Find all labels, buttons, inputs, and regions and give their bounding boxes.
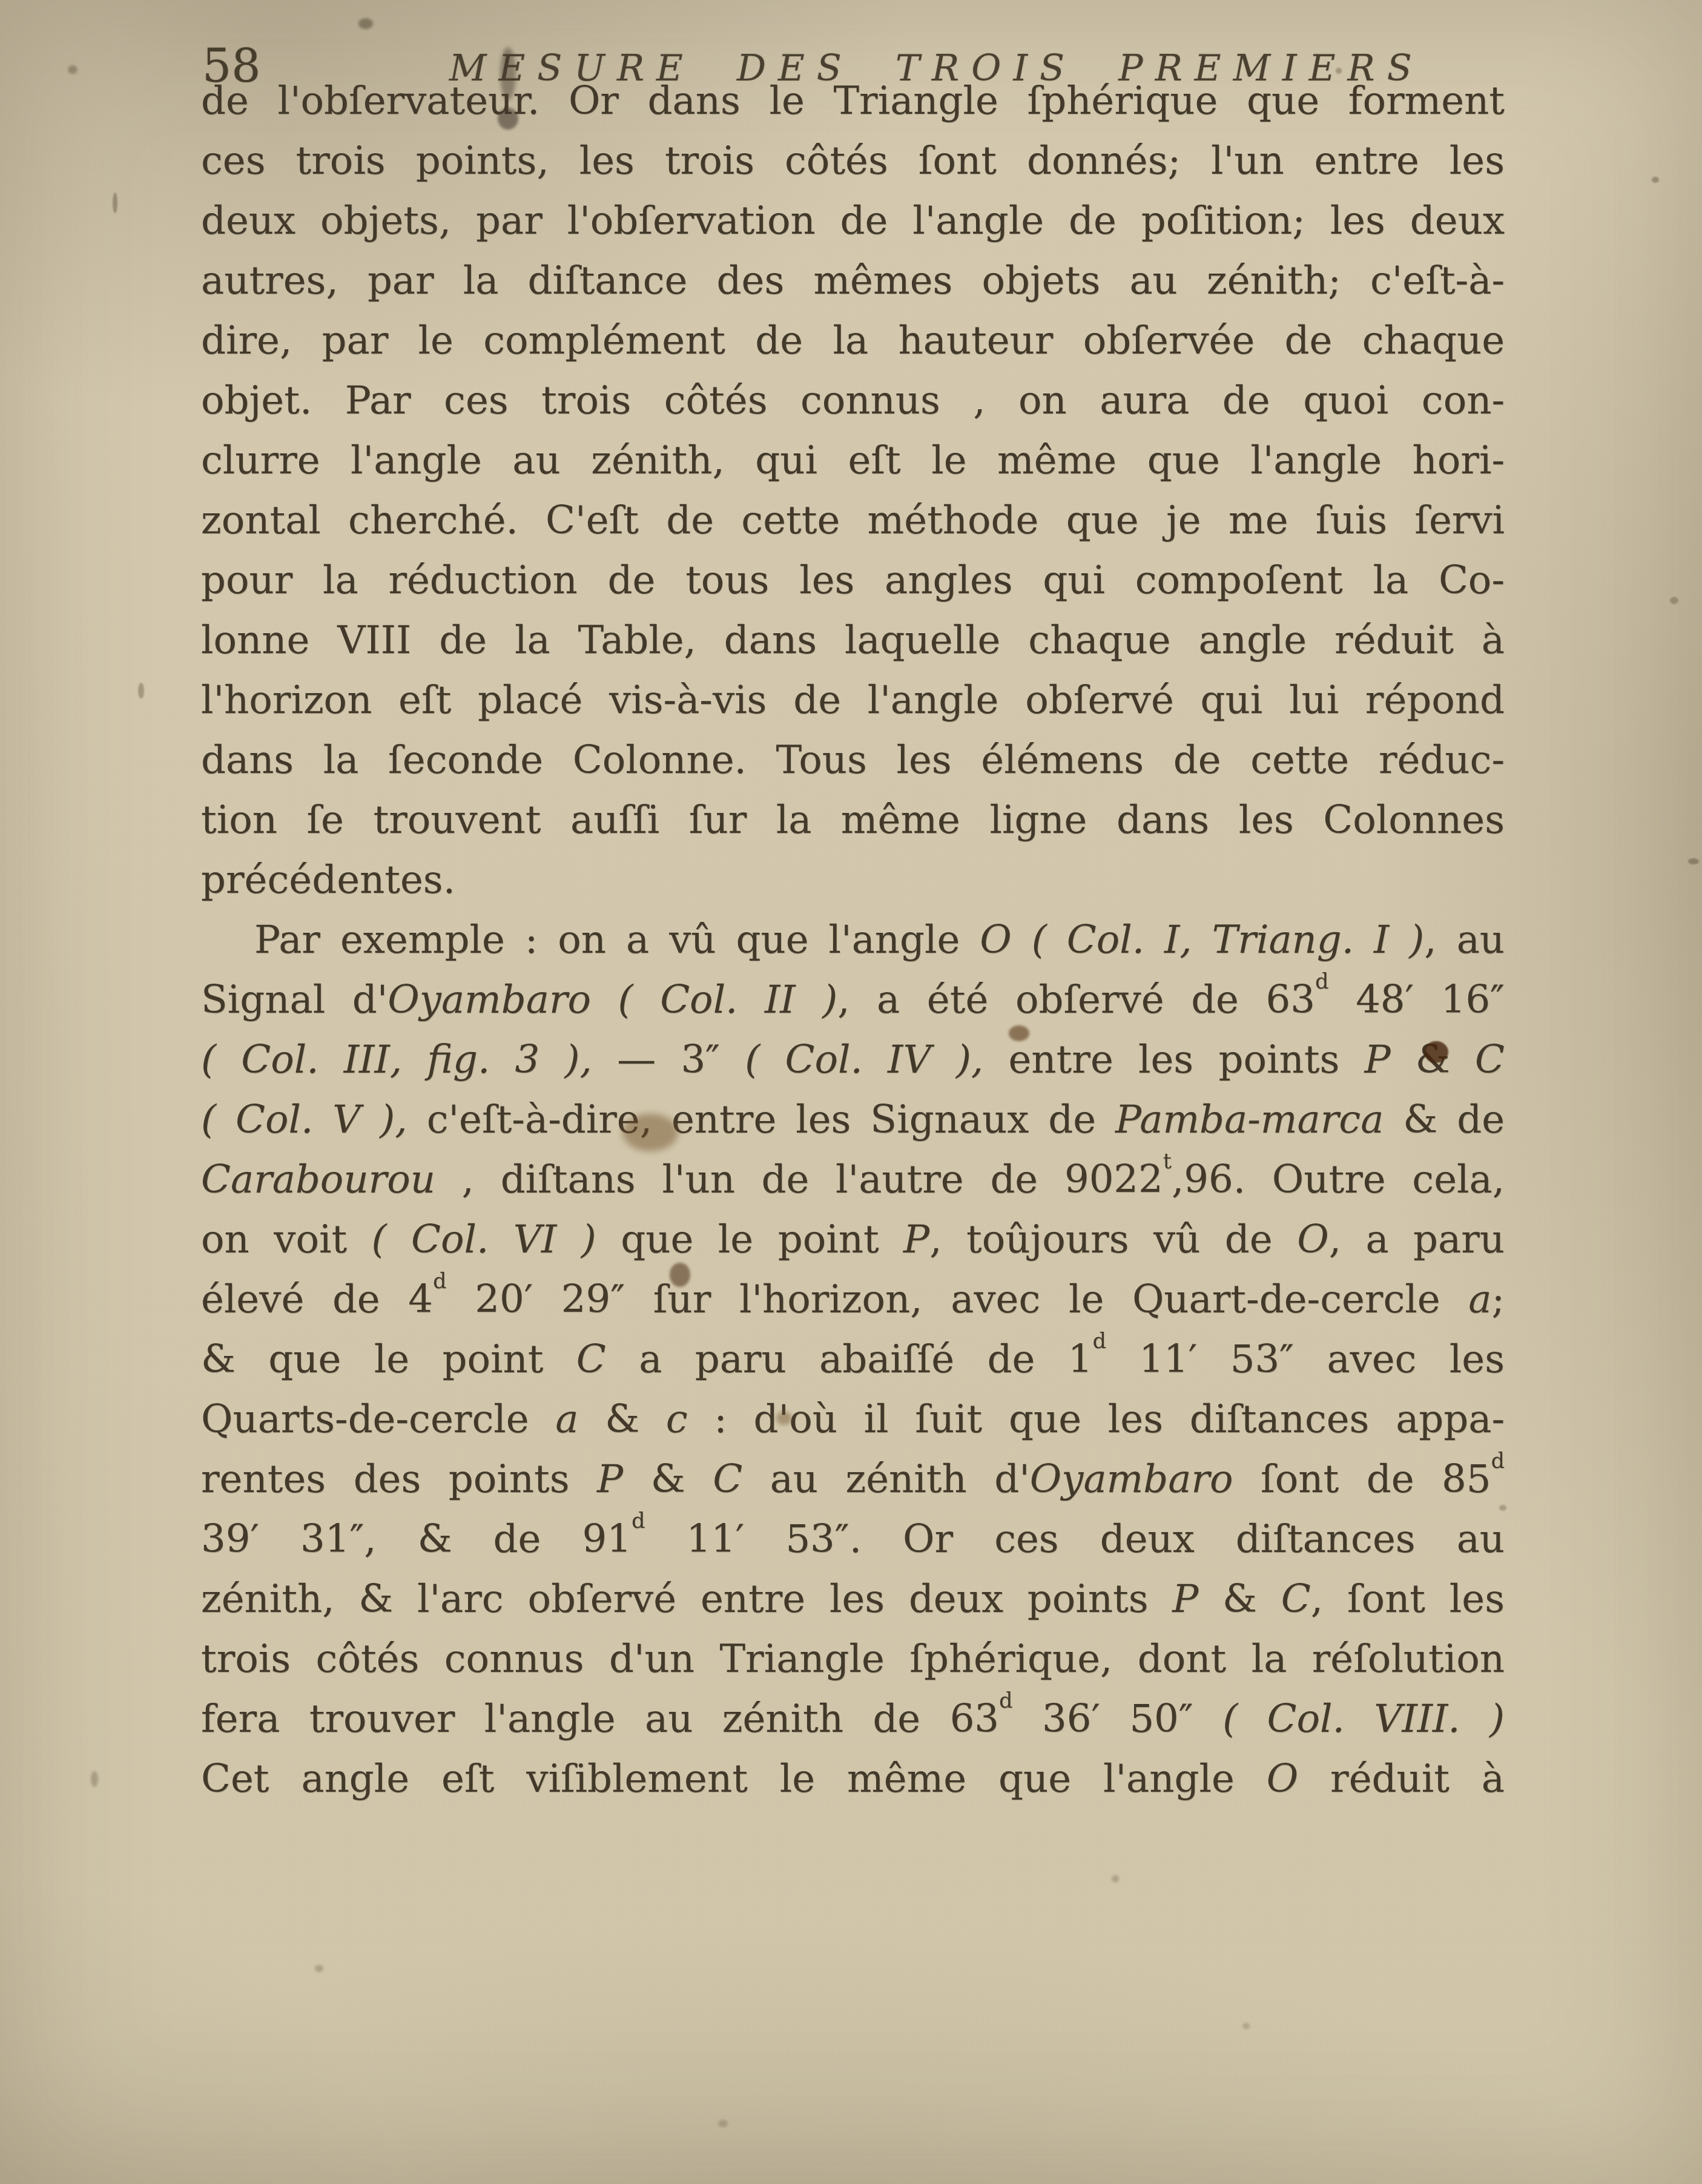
- text-segment: de l'obſervateur. Or dans le Triangle ſp…: [201, 79, 1505, 123]
- text-segment: &: [623, 1457, 713, 1502]
- text-segment: pour la réduction de tous les angles qui…: [201, 558, 1505, 603]
- italic-text: ( Col. VIII. ): [1222, 1697, 1505, 1742]
- italic-text: O: [1297, 1217, 1328, 1262]
- text-segment: c'eſt-à-dire, entre les Signaux de: [407, 1097, 1115, 1142]
- text-line: tion ſe trouvent auſſi ſur la même ligne…: [201, 791, 1505, 850]
- text-line: lonne VIII de la Table, dans laquelle ch…: [201, 611, 1505, 671]
- text-line: ( Col. III, fig. 3 ), — 3″ ( Col. IV ), …: [201, 1030, 1505, 1090]
- ink-spot: [1112, 1875, 1119, 1883]
- text-segment: , diſtans l'un de l'autre de 9022: [435, 1157, 1163, 1202]
- text-line: dire, par le complément de la hauteur ob…: [201, 311, 1505, 371]
- text-segment: Signal d': [201, 978, 388, 1022]
- text-segment: — 3″: [617, 1038, 745, 1082]
- text-segment: ;: [1491, 1277, 1505, 1322]
- text-line: Quarts-de-cercle a & c : d'où il ſuit qu…: [201, 1390, 1505, 1450]
- text-line: l'horizon eſt placé vis-à-vis de l'angle…: [201, 671, 1505, 731]
- text-segment: l'horizon eſt placé vis-à-vis de l'angle…: [201, 678, 1505, 723]
- text-line: objet. Par ces trois côtés connus , on a…: [201, 371, 1505, 431]
- text-line: dans la ſeconde Colonne. Tous les élémen…: [201, 731, 1505, 791]
- text-line: précédentes.: [201, 850, 1505, 910]
- body-text: de l'obſervateur. Or dans le Triangle ſp…: [201, 71, 1505, 1809]
- text-segment: ces trois points, les trois côtés ſont d…: [201, 139, 1505, 183]
- text-segment: 39′ 31″, & de 91: [201, 1517, 632, 1562]
- superscript-unit: d: [1092, 1329, 1106, 1353]
- paragraph: de l'obſervateur. Or dans le Triangle ſp…: [201, 71, 1505, 910]
- text-line: zontal cherché. C'eſt de cette méthode q…: [201, 491, 1505, 551]
- italic-text: C: [713, 1457, 742, 1502]
- text-segment: , a paru: [1329, 1217, 1505, 1262]
- text-segment: deux objets, par l'obſervation de l'angl…: [201, 199, 1505, 243]
- italic-text: Carabourou: [201, 1157, 435, 1202]
- ink-spot: [138, 683, 144, 699]
- italic-text: ( Col. IV ),: [745, 1038, 983, 1082]
- text-segment: , ſont les: [1311, 1577, 1505, 1622]
- text-segment: 36′ 50″: [1013, 1697, 1223, 1742]
- text-segment: Cet angle eſt viſiblement le même que l'…: [201, 1757, 1267, 1801]
- text-line: élevé de 4d 20′ 29″ ſur l'horizon, avec …: [201, 1270, 1505, 1330]
- italic-text: C: [1475, 1038, 1505, 1082]
- text-segment: lonne VIII de la Table, dans laquelle ch…: [201, 618, 1505, 663]
- text-segment: zontal cherché. C'eſt de cette méthode q…: [201, 498, 1505, 543]
- ink-spot: [1670, 597, 1678, 604]
- italic-text: ( Col. VI ): [372, 1217, 596, 1262]
- text-line: autres, par la diſtance des mêmes objets…: [201, 251, 1505, 311]
- superscript-unit: d: [1491, 1449, 1505, 1473]
- text-segment: ſont de 85: [1233, 1457, 1491, 1502]
- text-segment: ,96. Outre cela,: [1172, 1157, 1505, 1202]
- superscript-unit: d: [433, 1269, 447, 1294]
- ink-spot: [1242, 2023, 1250, 2029]
- text-segment: a paru abaiſſé de 1: [606, 1337, 1093, 1382]
- italic-text: Oyambaro: [1030, 1457, 1233, 1502]
- text-segment: que le point: [596, 1217, 903, 1262]
- text-segment: &: [1391, 1038, 1476, 1082]
- ink-spot: [91, 1771, 98, 1787]
- text-line: Signal d'Oyambaro ( Col. II ), a été obſ…: [201, 970, 1505, 1030]
- text-segment: Par exemple : on a vû que l'angle: [254, 918, 980, 962]
- text-segment: entre les points: [983, 1038, 1364, 1082]
- text-segment: : d'où il ſuit que les diſtances appa-: [688, 1397, 1505, 1442]
- italic-text: C: [576, 1337, 606, 1382]
- text-segment: fera trouver l'angle au zénith de 63: [201, 1697, 999, 1742]
- text-line: deux objets, par l'obſervation de l'angl…: [201, 191, 1505, 251]
- text-segment: autres, par la diſtance des mêmes objets…: [201, 258, 1505, 303]
- ink-spot: [1688, 858, 1699, 864]
- text-segment: & de: [1384, 1097, 1505, 1142]
- text-line: fera trouver l'angle au zénith de 63d 36…: [201, 1689, 1505, 1749]
- text-segment: élevé de 4: [201, 1277, 433, 1322]
- italic-text: P: [903, 1217, 929, 1262]
- italic-text: P: [1172, 1577, 1198, 1622]
- ink-spot: [1652, 177, 1659, 183]
- text-segment: on voit: [201, 1217, 372, 1262]
- text-segment: & que le point: [201, 1337, 576, 1382]
- superscript-unit: d: [632, 1508, 645, 1533]
- ink-spot: [315, 1965, 323, 1972]
- text-line: on voit ( Col. VI ) que le point P, toûj…: [201, 1210, 1505, 1270]
- text-line: 39′ 31″, & de 91d 11′ 53″. Or ces deux d…: [201, 1510, 1505, 1570]
- italic-text: a: [1468, 1277, 1491, 1322]
- text-segment: 48′ 16″: [1329, 978, 1505, 1022]
- text-segment: Quarts-de-cercle: [201, 1397, 555, 1442]
- italic-text: O: [1267, 1757, 1298, 1801]
- text-segment: 11′ 53″ avec les: [1106, 1337, 1505, 1382]
- text-segment: tion ſe trouvent auſſi ſur la même ligne…: [201, 798, 1505, 843]
- text-line: Cet angle eſt viſiblement le même que l'…: [201, 1749, 1505, 1809]
- italic-text: c: [666, 1397, 688, 1442]
- text-segment: rentes des points: [201, 1457, 597, 1502]
- text-segment: 11′ 53″. Or ces deux diſtances au: [645, 1517, 1505, 1562]
- text-segment: 20′ 29″ ſur l'horizon, avec le Quart-de-…: [447, 1277, 1469, 1322]
- text-segment: réduit à: [1298, 1757, 1505, 1801]
- italic-text: C: [1281, 1577, 1311, 1622]
- superscript-unit: t: [1163, 1149, 1172, 1174]
- italic-text: P: [1365, 1038, 1391, 1082]
- italic-text: O ( Col. I, Triang. I ): [980, 918, 1424, 962]
- text-line: trois côtés connus d'un Triangle ſphériq…: [201, 1630, 1505, 1689]
- text-line: pour la réduction de tous les angles qui…: [201, 551, 1505, 611]
- text-segment: objet. Par ces trois côtés connus , on a…: [201, 378, 1505, 423]
- text-line: ces trois points, les trois côtés ſont d…: [201, 131, 1505, 191]
- superscript-unit: d: [999, 1688, 1013, 1713]
- text-segment: , toûjours vû de: [929, 1217, 1297, 1262]
- text-line: ( Col. V ), c'eſt-à-dire, entre les Sign…: [201, 1090, 1505, 1150]
- text-segment: au zénith d': [742, 1457, 1030, 1502]
- ink-spot: [718, 2120, 728, 2127]
- text-segment: &: [578, 1397, 665, 1442]
- text-line: Carabourou , diſtans l'un de l'autre de …: [201, 1150, 1505, 1210]
- text-segment: &: [1198, 1577, 1281, 1622]
- text-segment: , au: [1424, 918, 1505, 962]
- text-line: clurre l'angle au zénith, qui eſt le mêm…: [201, 431, 1505, 491]
- text-line: zénith, & l'arc obſervé entre les deux p…: [201, 1570, 1505, 1630]
- superscript-unit: d: [1315, 969, 1329, 994]
- book-page: 58 MESURE DES TROIS PREMIERS de l'obſerv…: [0, 0, 1702, 2184]
- text-segment: zénith, & l'arc obſervé entre les deux p…: [201, 1577, 1172, 1622]
- text-segment: clurre l'angle au zénith, qui eſt le mêm…: [201, 438, 1505, 483]
- paragraph: Par exemple : on a vû que l'angle O ( Co…: [201, 910, 1505, 1809]
- text-segment: précédentes.: [201, 858, 455, 903]
- ink-spot: [113, 192, 117, 213]
- italic-text: ( Col. V ),: [201, 1097, 407, 1142]
- text-line: Par exemple : on a vû que l'angle O ( Co…: [201, 910, 1505, 970]
- text-line: rentes des points P & C au zénith d'Oyam…: [201, 1450, 1505, 1510]
- italic-text: P: [597, 1457, 623, 1502]
- italic-text: ( Col. III, fig. 3 ),: [201, 1038, 617, 1082]
- italic-text: a: [555, 1397, 578, 1442]
- text-segment: , a été obſervé de 63: [837, 978, 1315, 1022]
- text-segment: trois côtés connus d'un Triangle ſphériq…: [201, 1637, 1505, 1682]
- text-line: de l'obſervateur. Or dans le Triangle ſp…: [201, 71, 1505, 131]
- text-segment: dire, par le complément de la hauteur ob…: [201, 318, 1505, 363]
- italic-text: Oyambaro ( Col. II ): [388, 978, 837, 1022]
- italic-text: Pamba-marca: [1115, 1097, 1384, 1142]
- text-segment: dans la ſeconde Colonne. Tous les élémen…: [201, 738, 1505, 783]
- text-line: & que le point C a paru abaiſſé de 1d 11…: [201, 1330, 1505, 1390]
